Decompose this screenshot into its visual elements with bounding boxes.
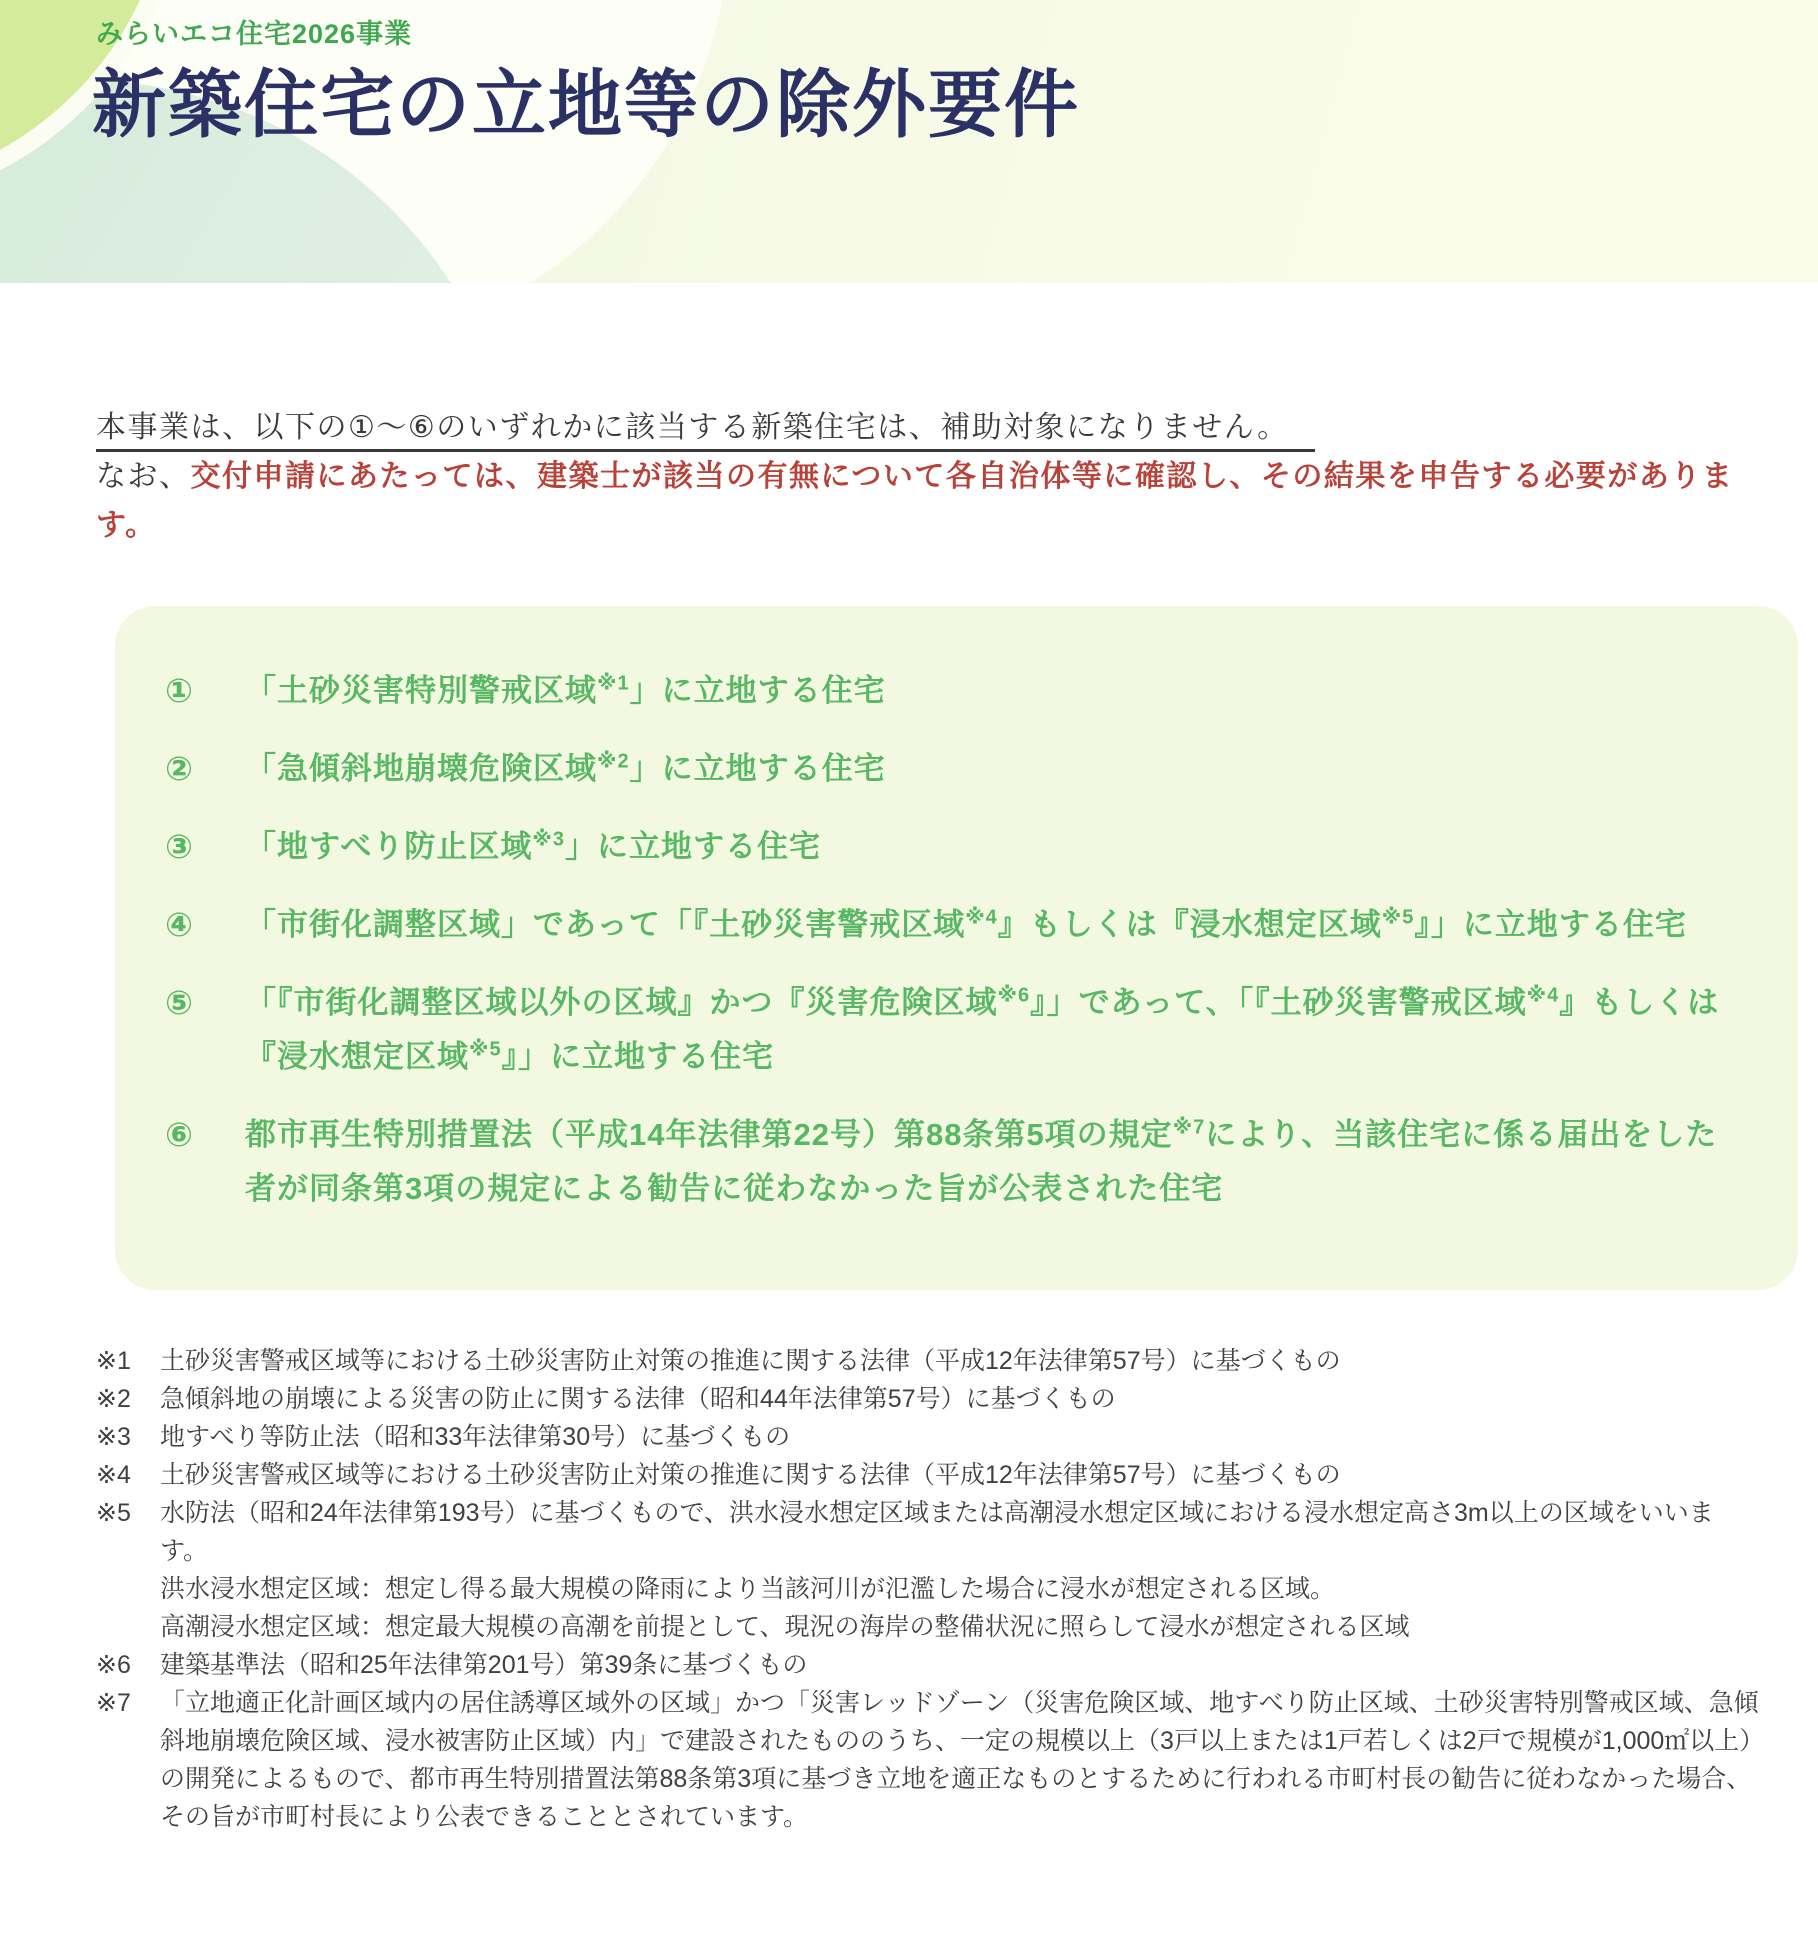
- footnote-ref: ※6: [998, 985, 1031, 1007]
- footnote-body: 土砂災害警戒区域等における土砂災害防止対策の推進に関する法律（平成12年法律第5…: [160, 1456, 1760, 1494]
- item-text: 「市街化調整区域」であって「『土砂災害警戒区域※4』もしくは『浸水想定区域※5』…: [245, 898, 1687, 952]
- footnote-text: 「立地適正化計画区域内の居住誘導区域外の区域」かつ「災害レッドゾーン（災害危険区…: [160, 1684, 1760, 1836]
- intro-application-line: なお、交付申請にあたっては、建築士が該当の有無について各自治体等に確認し、その結…: [96, 452, 1751, 550]
- footnote-marker: ※1: [96, 1342, 160, 1380]
- item-text-segment: 』」に立地する住宅: [1414, 907, 1687, 942]
- item-text-segment: 』」であって、「『土砂災害警戒区域: [1030, 985, 1527, 1020]
- item-number: ⑥: [165, 1108, 211, 1162]
- footnote-ref: ※3: [532, 829, 565, 851]
- exclusion-item: ⑥都市再生特別措置法（平成14年法律第22号）第88条第5項の規定※7により、当…: [165, 1108, 1728, 1216]
- intro-eligibility-line: 本事業は、以下の①～⑥のいずれかに該当する新築住宅は、補助対象になりません。: [96, 403, 1751, 452]
- footnote-text: 水防法（昭和24年法律第193号）に基づくもので、洪水浸水想定区域または高潮浸水…: [160, 1494, 1760, 1570]
- footnote: ※4土砂災害警戒区域等における土砂災害防止対策の推進に関する法律（平成12年法律…: [96, 1456, 1778, 1494]
- footnote-text: 急傾斜地の崩壊による災害の防止に関する法律（昭和44年法律第57号）に基づくもの: [160, 1380, 1760, 1418]
- item-number: ④: [165, 898, 211, 952]
- footnote-ref: ※4: [965, 907, 998, 929]
- footnote-text: 土砂災害警戒区域等における土砂災害防止対策の推進に関する法律（平成12年法律第5…: [160, 1342, 1760, 1380]
- footnote-marker: ※7: [96, 1684, 160, 1722]
- footnote-text: 地すべり等防止法（昭和33年法律第30号）に基づくもの: [160, 1418, 1760, 1456]
- intro-underlined-text: 本事業は、以下の①～⑥のいずれかに該当する新築住宅は、補助対象になりません。: [96, 411, 1315, 452]
- item-text-segment: 』」に立地する住宅: [502, 1039, 775, 1074]
- page-title: 新築住宅の立地等の除外要件: [92, 46, 1080, 152]
- footnote: ※5水防法（昭和24年法律第193号）に基づくもので、洪水浸水想定区域または高潮…: [96, 1494, 1778, 1646]
- exclusion-item: ①「土砂災害特別警戒区域※1」に立地する住宅: [165, 664, 1728, 718]
- footnote-body: 「立地適正化計画区域内の居住誘導区域外の区域」かつ「災害レッドゾーン（災害危険区…: [160, 1684, 1760, 1836]
- item-text: 「地すべり防止区域※3」に立地する住宅: [245, 820, 821, 874]
- item-text: 「『市街化調整区域以外の区域』かつ『災害危険区域※6』」であって、「『土砂災害警…: [245, 976, 1728, 1084]
- footnote-ref: ※7: [1173, 1117, 1206, 1139]
- footnote-ref: ※5: [469, 1039, 502, 1061]
- footnote-ref: ※1: [597, 673, 630, 695]
- footnote-marker: ※5: [96, 1494, 160, 1532]
- intro-section: 本事業は、以下の①～⑥のいずれかに該当する新築住宅は、補助対象になりません。 な…: [96, 403, 1751, 550]
- item-text: 「土砂災害特別警戒区域※1」に立地する住宅: [245, 664, 886, 718]
- footnote-marker: ※6: [96, 1646, 160, 1684]
- item-number: ①: [165, 664, 211, 718]
- footnote-marker: ※2: [96, 1380, 160, 1418]
- item-text-segment: 「土砂災害特別警戒区域: [245, 673, 597, 708]
- item-text-segment: 「地すべり防止区域: [245, 829, 532, 864]
- footnote: ※1土砂災害警戒区域等における土砂災害防止対策の推進に関する法律（平成12年法律…: [96, 1342, 1778, 1380]
- item-text-segment: 」に立地する住宅: [630, 673, 886, 708]
- footnote-text: 高潮浸水想定区域：想定最大規模の高潮を前提として、現況の海岸の整備状況に照らして…: [160, 1608, 1760, 1646]
- exclusion-item: ⑤「『市街化調整区域以外の区域』かつ『災害危険区域※6』」であって、「『土砂災害…: [165, 976, 1728, 1084]
- item-number: ⑤: [165, 976, 211, 1030]
- exclusion-box: ①「土砂災害特別警戒区域※1」に立地する住宅②「急傾斜地崩壊危険区域※2」に立地…: [115, 606, 1798, 1290]
- item-text-segment: 」に立地する住宅: [565, 829, 821, 864]
- item-number: ③: [165, 820, 211, 874]
- footnote: ※3地すべり等防止法（昭和33年法律第30号）に基づくもの: [96, 1418, 1778, 1456]
- item-text-segment: 「『市街化調整区域以外の区域』かつ『災害危険区域: [245, 985, 998, 1020]
- intro-prefix-text: なお、: [96, 460, 191, 493]
- item-text-segment: 』もしくは『浸水想定区域: [998, 907, 1382, 942]
- item-text-segment: 「市街化調整区域」であって「『土砂災害警戒区域: [245, 907, 965, 942]
- footnote-marker: ※3: [96, 1418, 160, 1456]
- footnote: ※6建築基準法（昭和25年法律第201号）第39条に基づくもの: [96, 1646, 1778, 1684]
- item-text: 都市再生特別措置法（平成14年法律第22号）第88条第5項の規定※7により、当該…: [245, 1108, 1728, 1216]
- item-text-segment: 」に立地する住宅: [630, 751, 886, 786]
- footnotes-section: ※1土砂災害警戒区域等における土砂災害防止対策の推進に関する法律（平成12年法律…: [96, 1342, 1778, 1932]
- item-text-segment: 都市再生特別措置法（平成14年法律第22号）第88条第5項の規定: [245, 1117, 1173, 1152]
- footnote-ref: ※5: [1382, 907, 1415, 929]
- footnote-text: 土砂災害警戒区域等における土砂災害防止対策の推進に関する法律（平成12年法律第5…: [160, 1456, 1760, 1494]
- exclusion-list: ①「土砂災害特別警戒区域※1」に立地する住宅②「急傾斜地崩壊危険区域※2」に立地…: [165, 664, 1728, 1216]
- footnote-body: 水防法（昭和24年法律第193号）に基づくもので、洪水浸水想定区域または高潮浸水…: [160, 1494, 1760, 1646]
- footnote-ref: ※4: [1527, 985, 1560, 1007]
- intro-warning-text: 交付申請にあたっては、建築士が該当の有無について各自治体等に確認し、その結果を申…: [96, 460, 1733, 542]
- footnote-text: 洪水浸水想定区域：想定し得る最大規模の降雨により当該河川が氾濫した場合に浸水が想…: [160, 1570, 1760, 1608]
- item-text-segment: 「急傾斜地崩壊危険区域: [245, 751, 597, 786]
- footnote-body: 地すべり等防止法（昭和33年法律第30号）に基づくもの: [160, 1418, 1760, 1456]
- item-number: ②: [165, 742, 211, 796]
- footnote-marker: ※4: [96, 1456, 160, 1494]
- main-content: 本事業は、以下の①～⑥のいずれかに該当する新築住宅は、補助対象になりません。 な…: [0, 403, 1818, 1932]
- footnote-body: 土砂災害警戒区域等における土砂災害防止対策の推進に関する法律（平成12年法律第5…: [160, 1342, 1760, 1380]
- footnote: ※7「立地適正化計画区域内の居住誘導区域外の区域」かつ「災害レッドゾーン（災害危…: [96, 1684, 1778, 1836]
- item-text: 「急傾斜地崩壊危険区域※2」に立地する住宅: [245, 742, 886, 796]
- footnote-body: 急傾斜地の崩壊による災害の防止に関する法律（昭和44年法律第57号）に基づくもの: [160, 1380, 1760, 1418]
- footnote-ref: ※2: [597, 751, 630, 773]
- exclusion-item: ②「急傾斜地崩壊危険区域※2」に立地する住宅: [165, 742, 1728, 796]
- exclusion-item: ④「市街化調整区域」であって「『土砂災害警戒区域※4』もしくは『浸水想定区域※5…: [165, 898, 1728, 952]
- footnote: ※2急傾斜地の崩壊による災害の防止に関する法律（昭和44年法律第57号）に基づく…: [96, 1380, 1778, 1418]
- header-banner: みらいエコ住宅2026事業 新築住宅の立地等の除外要件: [0, 0, 1818, 283]
- footnote-text: 建築基準法（昭和25年法律第201号）第39条に基づくもの: [160, 1646, 1760, 1684]
- footnote-body: 建築基準法（昭和25年法律第201号）第39条に基づくもの: [160, 1646, 1760, 1684]
- exclusion-item: ③「地すべり防止区域※3」に立地する住宅: [165, 820, 1728, 874]
